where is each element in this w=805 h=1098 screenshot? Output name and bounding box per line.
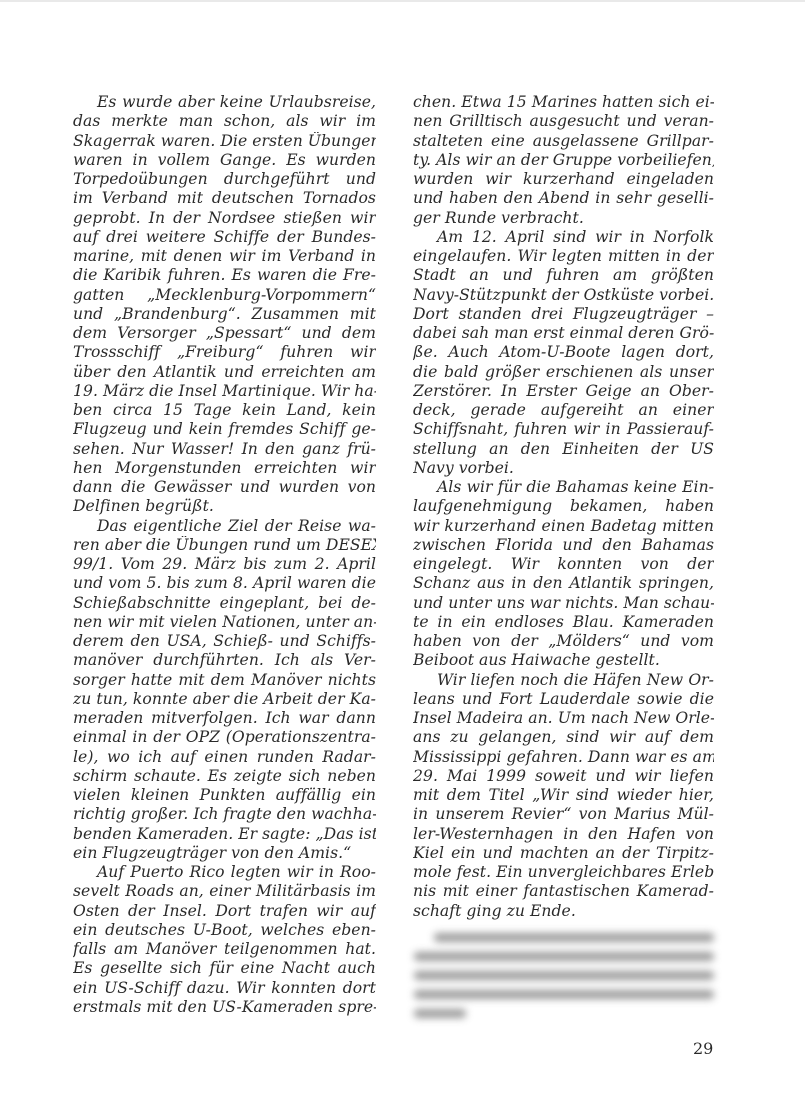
text-line: ren aber die Übungen rund um DESEX bbox=[73, 536, 376, 555]
text-line: und vom 5. bis zum 8. April waren die bbox=[73, 574, 376, 593]
text-line: zwischen Florida und den Bahamas bbox=[413, 536, 714, 555]
text-line: im Verband mit deutschen Tornados bbox=[73, 189, 376, 208]
text-line: sevelt Roads an, einer Militärbasis im bbox=[73, 882, 376, 901]
text-line: Delfinen begrüßt. bbox=[73, 497, 376, 516]
text-line: sorger hatte mit dem Manöver nichts bbox=[73, 671, 376, 690]
text-line: te in ein endloses Blau. Kameraden bbox=[413, 613, 714, 632]
text-line: benden Kameraden. Er sagte: „Das ist bbox=[73, 825, 376, 844]
left-column: Es wurde aber keine Urlaubsreise,das mer… bbox=[73, 93, 376, 1017]
text-line: Osten der Insel. Dort trafen wir auf bbox=[73, 902, 376, 921]
text-line: chen. Etwa 15 Marines hatten sich ei- bbox=[413, 93, 714, 112]
text-line: Kiel ein und machten an der Tirpitz- bbox=[413, 844, 714, 863]
text-line: dann die Gewässer und wurden von bbox=[73, 478, 376, 497]
text-line: ben circa 15 Tage kein Land, kein bbox=[73, 401, 376, 420]
text-line: stalteten eine ausgelassene Grillpar- bbox=[413, 132, 714, 151]
text-line: Navy-Stützpunkt der Ostküste vorbei. bbox=[413, 286, 714, 305]
paragraph: Als wir für die Bahamas keine Ein-laufge… bbox=[413, 478, 714, 671]
text-line: mit dem Titel „Wir sind wieder hier, bbox=[413, 786, 714, 805]
text-line: richtig großer. Ich fragte den wachha- bbox=[73, 805, 376, 824]
text-line: ein deutsches U-Boot, welches eben- bbox=[73, 921, 376, 940]
text-line: Insel Madeira an. Um nach New Orle- bbox=[413, 709, 714, 728]
text-line: ler-Westernhagen in den Hafen von bbox=[413, 825, 714, 844]
text-line: und unter uns war nichts. Man schau- bbox=[413, 594, 714, 613]
blurred-line bbox=[414, 971, 714, 980]
blurred-line bbox=[434, 933, 714, 942]
text-line: Es gesellte sich für eine Nacht auch bbox=[73, 959, 376, 978]
text-line: leans und Fort Lauderdale sowie die bbox=[413, 690, 714, 709]
text-line: Wir liefen noch die Häfen New Or- bbox=[413, 671, 714, 690]
page-top-edge bbox=[0, 0, 805, 2]
text-line: auf drei weitere Schiffe der Bundes- bbox=[73, 228, 376, 247]
text-line: über den Atlantik und erreichten am bbox=[73, 363, 376, 382]
text-line: eingelaufen. Wir legten mitten in der bbox=[413, 247, 714, 266]
text-line: Torpedoübungen durchgeführt und bbox=[73, 170, 376, 189]
text-line: wir kurzerhand einen Badetag mitten bbox=[413, 517, 714, 536]
text-line: ein US-Schiff dazu. Wir konnten dort bbox=[73, 979, 376, 998]
text-line: Dort standen drei Flugzeugträger – bbox=[413, 305, 714, 324]
blurred-line bbox=[414, 990, 714, 999]
text-line: ty. Als wir an der Gruppe vorbeiliefen, bbox=[413, 151, 714, 170]
text-line: nen wir mit vielen Nationen, unter an- bbox=[73, 613, 376, 632]
text-line: waren in vollem Gange. Es wurden bbox=[73, 151, 376, 170]
text-line: derem den USA, Schieß- und Schiffs- bbox=[73, 632, 376, 651]
text-line: erstmals mit den US-Kameraden spre- bbox=[73, 998, 376, 1017]
paragraph: Auf Puerto Rico legten wir in Roo-sevelt… bbox=[73, 863, 376, 1017]
text-line: haben von der „Mölders“ und vom bbox=[413, 632, 714, 651]
text-line: Schießabschnitte eingeplant, bei de- bbox=[73, 594, 376, 613]
right-column: chen. Etwa 15 Marines hatten sich ei-nen… bbox=[413, 93, 714, 921]
text-line: dabei sah man erst einmal deren Grö- bbox=[413, 324, 714, 343]
text-line: und haben den Abend in sehr geselli- bbox=[413, 189, 714, 208]
text-line: vielen kleinen Punkten auffällig ein bbox=[73, 786, 376, 805]
text-line: falls am Manöver teilgenommen hat. bbox=[73, 940, 376, 959]
text-line: schirm schaute. Es zeigte sich neben bbox=[73, 767, 376, 786]
text-line: Stadt an und fuhren am größten bbox=[413, 266, 714, 285]
text-line: Als wir für die Bahamas keine Ein- bbox=[413, 478, 714, 497]
text-line: manöver durchführten. Ich als Ver- bbox=[73, 651, 376, 670]
text-line: Flugzeug und kein fremdes Schiff ge- bbox=[73, 420, 376, 439]
text-line: Trossschiff „Freiburg“ fuhren wir bbox=[73, 343, 376, 362]
text-line: gatten „Mecklenburg-Vorpommern“ bbox=[73, 286, 376, 305]
text-line: 19. März die Insel Martinique. Wir ha- bbox=[73, 382, 376, 401]
text-line: ans zu gelangen, sind wir auf dem bbox=[413, 728, 714, 747]
page-number: 29 bbox=[693, 1039, 713, 1058]
blurred-paragraph bbox=[412, 927, 722, 1025]
paragraph: Am 12. April sind wir in Norfolkeingelau… bbox=[413, 228, 714, 478]
text-line: deck, gerade aufgereiht an einer bbox=[413, 401, 714, 420]
text-line: Skagerrak waren. Die ersten Übungen bbox=[73, 132, 376, 151]
text-line: marine, mit denen wir im Verband in bbox=[73, 247, 376, 266]
text-line: in unserem Revier“ von Marius Mül- bbox=[413, 805, 714, 824]
paragraph: Das eigentliche Ziel der Reise wa-ren ab… bbox=[73, 517, 376, 864]
paragraph: Es wurde aber keine Urlaubsreise,das mer… bbox=[73, 93, 376, 517]
text-line: Auf Puerto Rico legten wir in Roo- bbox=[73, 863, 376, 882]
text-line: Mississippi gefahren. Dann war es am bbox=[413, 748, 714, 767]
paragraph: chen. Etwa 15 Marines hatten sich ei-nen… bbox=[413, 93, 714, 228]
text-line: die bald größer erschienen als unser bbox=[413, 363, 714, 382]
text-line: Schiffsnaht, fuhren wir in Passierauf- bbox=[413, 420, 714, 439]
text-line: Schanz aus in den Atlantik springen, bbox=[413, 574, 714, 593]
text-line: ger Runde verbracht. bbox=[413, 209, 714, 228]
text-line: und „Brandenburg“. Zusammen mit bbox=[73, 305, 376, 324]
blurred-line bbox=[414, 1009, 466, 1018]
text-line: schaft ging zu Ende. bbox=[413, 902, 714, 921]
text-line: geprobt. In der Nordsee stießen wir bbox=[73, 209, 376, 228]
text-line: ein Flugzeugträger von den Amis.“ bbox=[73, 844, 376, 863]
text-line: nen Grilltisch ausgesucht und veran- bbox=[413, 112, 714, 131]
paragraph: Wir liefen noch die Häfen New Or-leans u… bbox=[413, 671, 714, 921]
text-line: sehen. Nur Wasser! In den ganz frü- bbox=[73, 440, 376, 459]
text-line: dem Versorger „Spessart“ und dem bbox=[73, 324, 376, 343]
text-line: meraden mitverfolgen. Ich war dann bbox=[73, 709, 376, 728]
text-line: le), wo ich auf einen runden Radar- bbox=[73, 748, 376, 767]
text-line: Beiboot aus Haiwache gestellt. bbox=[413, 651, 714, 670]
text-line: Navy vorbei. bbox=[413, 459, 714, 478]
text-line: Zerstörer. In Erster Geige an Ober- bbox=[413, 382, 714, 401]
text-line: nis mit einer fantastischen Kamerad- bbox=[413, 882, 714, 901]
text-line: laufgenehmigung bekamen, haben bbox=[413, 497, 714, 516]
text-line: mole fest. Ein unvergleichbares Erleb- bbox=[413, 863, 714, 882]
text-line: ße. Auch Atom-U-Boote lagen dort, bbox=[413, 343, 714, 362]
text-line: hen Morgenstunden erreichten wir bbox=[73, 459, 376, 478]
text-line: einmal in der OPZ (Operationszentra- bbox=[73, 728, 376, 747]
text-line: 29. Mai 1999 soweit und wir liefen bbox=[413, 767, 714, 786]
text-line: zu tun, konnte aber die Arbeit der Ka- bbox=[73, 690, 376, 709]
text-line: 99/1. Vom 29. März bis zum 2. April bbox=[73, 555, 376, 574]
text-line: die Karibik fuhren. Es waren die Fre- bbox=[73, 266, 376, 285]
text-line: wurden wir kurzerhand eingeladen bbox=[413, 170, 714, 189]
text-line: stellung an den Einheiten der US bbox=[413, 440, 714, 459]
text-line: Es wurde aber keine Urlaubsreise, bbox=[73, 93, 376, 112]
text-line: das merkte man schon, als wir im bbox=[73, 112, 376, 131]
blurred-line bbox=[414, 952, 714, 961]
text-line: Das eigentliche Ziel der Reise wa- bbox=[73, 517, 376, 536]
text-line: eingelegt. Wir konnten von der bbox=[413, 555, 714, 574]
text-line: Am 12. April sind wir in Norfolk bbox=[413, 228, 714, 247]
